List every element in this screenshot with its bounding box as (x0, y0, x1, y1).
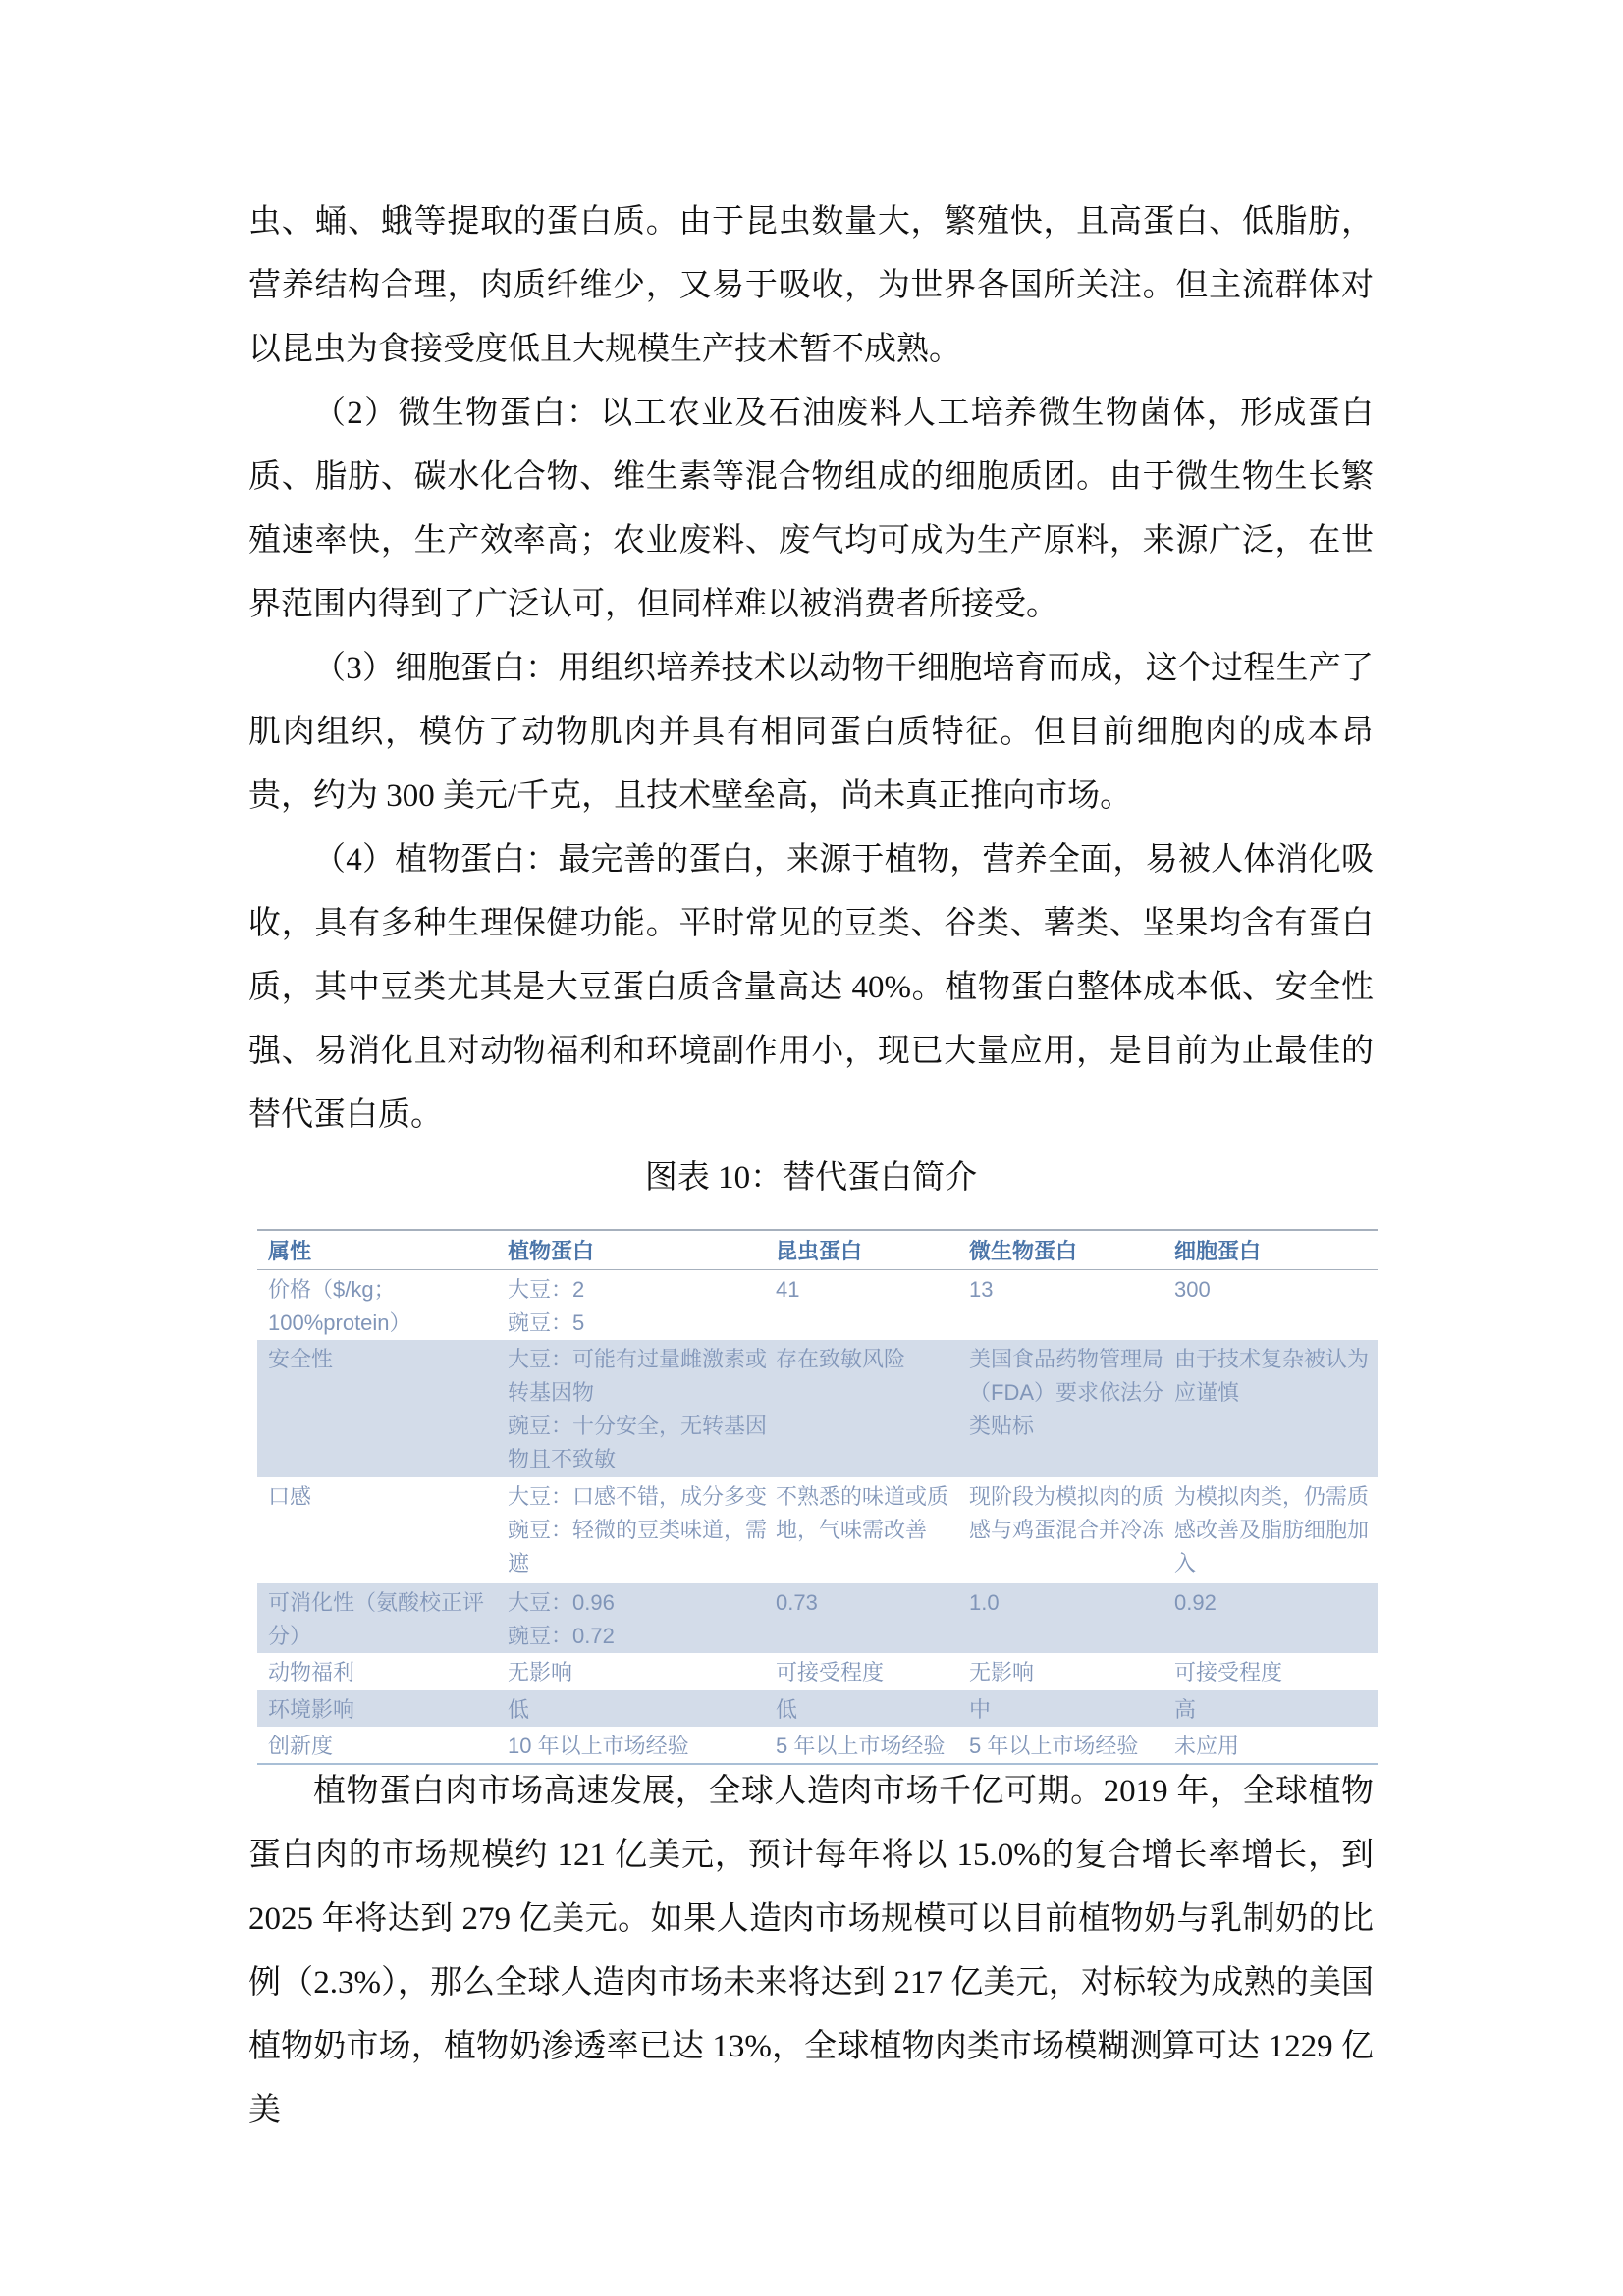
cell-cell: 由于技术复杂被认为应谨慎 (1174, 1340, 1378, 1477)
paragraph-insect-protein-continuation: 虫、蛹、蛾等提取的蛋白质。由于昆虫数量大，繁殖快，且高蛋白、低脂肪，营养结构合理… (248, 190, 1374, 382)
bottom-text-block: 植物蛋白肉市场高速发展，全球人造肉市场千亿可期。2019 年，全球植物蛋白肉的市… (248, 1760, 1374, 2143)
cell-line: 大豆：口感不错，成分多变 (508, 1480, 768, 1514)
row-label: 口感 (257, 1477, 508, 1583)
cell-line: 为模拟肉类，仍需质感改善及脂肪细胞加入 (1174, 1480, 1370, 1580)
table-header-plant: 植物蛋白 (508, 1230, 776, 1269)
cell-line: 由于技术复杂被认为应谨慎 (1174, 1343, 1370, 1410)
cell-plant: 无影响 (508, 1653, 776, 1690)
table-header-row: 属性 植物蛋白 昆虫蛋白 微生物蛋白 细胞蛋白 (257, 1230, 1378, 1269)
cell-line: 高 (1174, 1693, 1370, 1727)
row-label: 动物福利 (257, 1653, 508, 1690)
cell-microbe: 现阶段为模拟肉的质感与鸡蛋混合并冷冻 (969, 1477, 1174, 1583)
cell-plant: 低 (508, 1690, 776, 1727)
cell-insect: 0.73 (776, 1583, 969, 1653)
row-label: 安全性 (257, 1340, 508, 1477)
cell-cell: 未应用 (1174, 1727, 1378, 1764)
cell-line: 豌豆：0.72 (508, 1620, 768, 1653)
cell-cell: 0.92 (1174, 1583, 1378, 1653)
row-label: 可消化性（氨酸校正评分） (257, 1583, 508, 1653)
document-page: 虫、蛹、蛾等提取的蛋白质。由于昆虫数量大，繁殖快，且高蛋白、低脂肪，营养结构合理… (0, 0, 1623, 2296)
cell-line: 13 (969, 1273, 1166, 1307)
table-row-taste: 口感 大豆：口感不错，成分多变 豌豆：轻微的豆类味道，需遮 不熟悉的味道或质地，… (257, 1477, 1378, 1583)
cell-microbe: 美国食品药物管理局（FDA）要求依法分类贴标 (969, 1340, 1174, 1477)
table-row-safety: 安全性 大豆：可能有过量雌激素或转基因物 豌豆：十分安全，无转基因物且不致敏 存… (257, 1340, 1378, 1477)
cell-microbe: 中 (969, 1690, 1174, 1727)
row-label: 环境影响 (257, 1690, 508, 1727)
cell-line: 未应用 (1174, 1730, 1370, 1763)
cell-line: 0.73 (776, 1586, 961, 1620)
cell-insect: 可接受程度 (776, 1653, 969, 1690)
cell-insect: 5 年以上市场经验 (776, 1727, 969, 1764)
figure-title: 图表 10：替代蛋白简介 (248, 1147, 1374, 1210)
cell-insect: 存在致敏风险 (776, 1340, 969, 1477)
top-text-block: 虫、蛹、蛾等提取的蛋白质。由于昆虫数量大，繁殖快，且高蛋白、低脂肪，营养结构合理… (248, 190, 1374, 1148)
paragraph-cell-protein: （3）细胞蛋白：用组织培养技术以动物干细胞培育而成，这个过程生产了肌肉组织，模仿… (248, 637, 1374, 828)
cell-line: 无影响 (969, 1656, 1166, 1689)
cell-line: 41 (776, 1273, 961, 1307)
cell-cell: 为模拟肉类，仍需质感改善及脂肪细胞加入 (1174, 1477, 1378, 1583)
cell-line: 大豆：可能有过量雌激素或转基因物 (508, 1343, 768, 1410)
cell-plant: 大豆：0.96 豌豆：0.72 (508, 1583, 776, 1653)
table-row-animal-welfare: 动物福利 无影响 可接受程度 无影响 可接受程度 (257, 1653, 1378, 1690)
row-label: 价格（$/kg；100%protein） (257, 1269, 508, 1340)
cell-line: 美国食品药物管理局（FDA）要求依法分类贴标 (969, 1343, 1166, 1443)
row-label: 创新度 (257, 1727, 508, 1764)
cell-line: 10 年以上市场经验 (508, 1730, 768, 1763)
cell-microbe: 1.0 (969, 1583, 1174, 1653)
cell-line: 存在致敏风险 (776, 1343, 961, 1376)
cell-line: 低 (776, 1693, 961, 1727)
cell-plant: 大豆：2 豌豆：5 (508, 1269, 776, 1340)
cell-microbe: 无影响 (969, 1653, 1174, 1690)
cell-line: 可接受程度 (776, 1656, 961, 1689)
cell-line: 大豆：2 (508, 1273, 768, 1307)
cell-line: 5 年以上市场经验 (969, 1730, 1166, 1763)
alt-protein-table: 属性 植物蛋白 昆虫蛋白 微生物蛋白 细胞蛋白 价格（$/kg；100%prot… (257, 1229, 1378, 1765)
table-row-price: 价格（$/kg；100%protein） 大豆：2 豌豆：5 41 13 300 (257, 1269, 1378, 1340)
cell-line: 豌豆：十分安全，无转基因物且不致敏 (508, 1410, 768, 1476)
cell-microbe: 13 (969, 1269, 1174, 1340)
cell-insect: 低 (776, 1690, 969, 1727)
cell-microbe: 5 年以上市场经验 (969, 1727, 1174, 1764)
cell-plant: 10 年以上市场经验 (508, 1727, 776, 1764)
cell-plant: 大豆：可能有过量雌激素或转基因物 豌豆：十分安全，无转基因物且不致敏 (508, 1340, 776, 1477)
cell-line: 不熟悉的味道或质地，气味需改善 (776, 1480, 961, 1547)
cell-insect: 41 (776, 1269, 969, 1340)
cell-line: 300 (1174, 1273, 1370, 1307)
cell-line: 无影响 (508, 1656, 768, 1689)
table-header-cell: 细胞蛋白 (1174, 1230, 1378, 1269)
paragraph-market-forecast: 植物蛋白肉市场高速发展，全球人造肉市场千亿可期。2019 年，全球植物蛋白肉的市… (248, 1760, 1374, 2143)
table-row-innovation: 创新度 10 年以上市场经验 5 年以上市场经验 5 年以上市场经验 未应用 (257, 1727, 1378, 1764)
cell-plant: 大豆：口感不错，成分多变 豌豆：轻微的豆类味道，需遮 (508, 1477, 776, 1583)
paragraph-microbial-protein: （2）微生物蛋白：以工农业及石油废料人工培养微生物菌体，形成蛋白质、脂肪、碳水化… (248, 382, 1374, 637)
cell-cell: 300 (1174, 1269, 1378, 1340)
cell-line: 低 (508, 1693, 768, 1727)
cell-cell: 高 (1174, 1690, 1378, 1727)
cell-line: 豌豆：轻微的豆类味道，需遮 (508, 1514, 768, 1580)
cell-line: 1.0 (969, 1586, 1166, 1620)
cell-line: 现阶段为模拟肉的质感与鸡蛋混合并冷冻 (969, 1480, 1166, 1547)
cell-line: 中 (969, 1693, 1166, 1727)
cell-line: 可接受程度 (1174, 1656, 1370, 1689)
paragraph-plant-protein: （4）植物蛋白：最完善的蛋白，来源于植物，营养全面，易被人体消化吸收，具有多种生… (248, 828, 1374, 1148)
table-row-environment: 环境影响 低 低 中 高 (257, 1690, 1378, 1727)
table-row-digestibility: 可消化性（氨酸校正评分） 大豆：0.96 豌豆：0.72 0.73 1.0 0.… (257, 1583, 1378, 1653)
table-header-insect: 昆虫蛋白 (776, 1230, 969, 1269)
cell-insect: 不熟悉的味道或质地，气味需改善 (776, 1477, 969, 1583)
table-header-attr: 属性 (257, 1230, 508, 1269)
table-header-microbe: 微生物蛋白 (969, 1230, 1174, 1269)
cell-line: 大豆：0.96 (508, 1586, 768, 1620)
cell-line: 5 年以上市场经验 (776, 1730, 961, 1763)
cell-line: 豌豆：5 (508, 1307, 768, 1340)
cell-cell: 可接受程度 (1174, 1653, 1378, 1690)
cell-line: 0.92 (1174, 1586, 1370, 1620)
